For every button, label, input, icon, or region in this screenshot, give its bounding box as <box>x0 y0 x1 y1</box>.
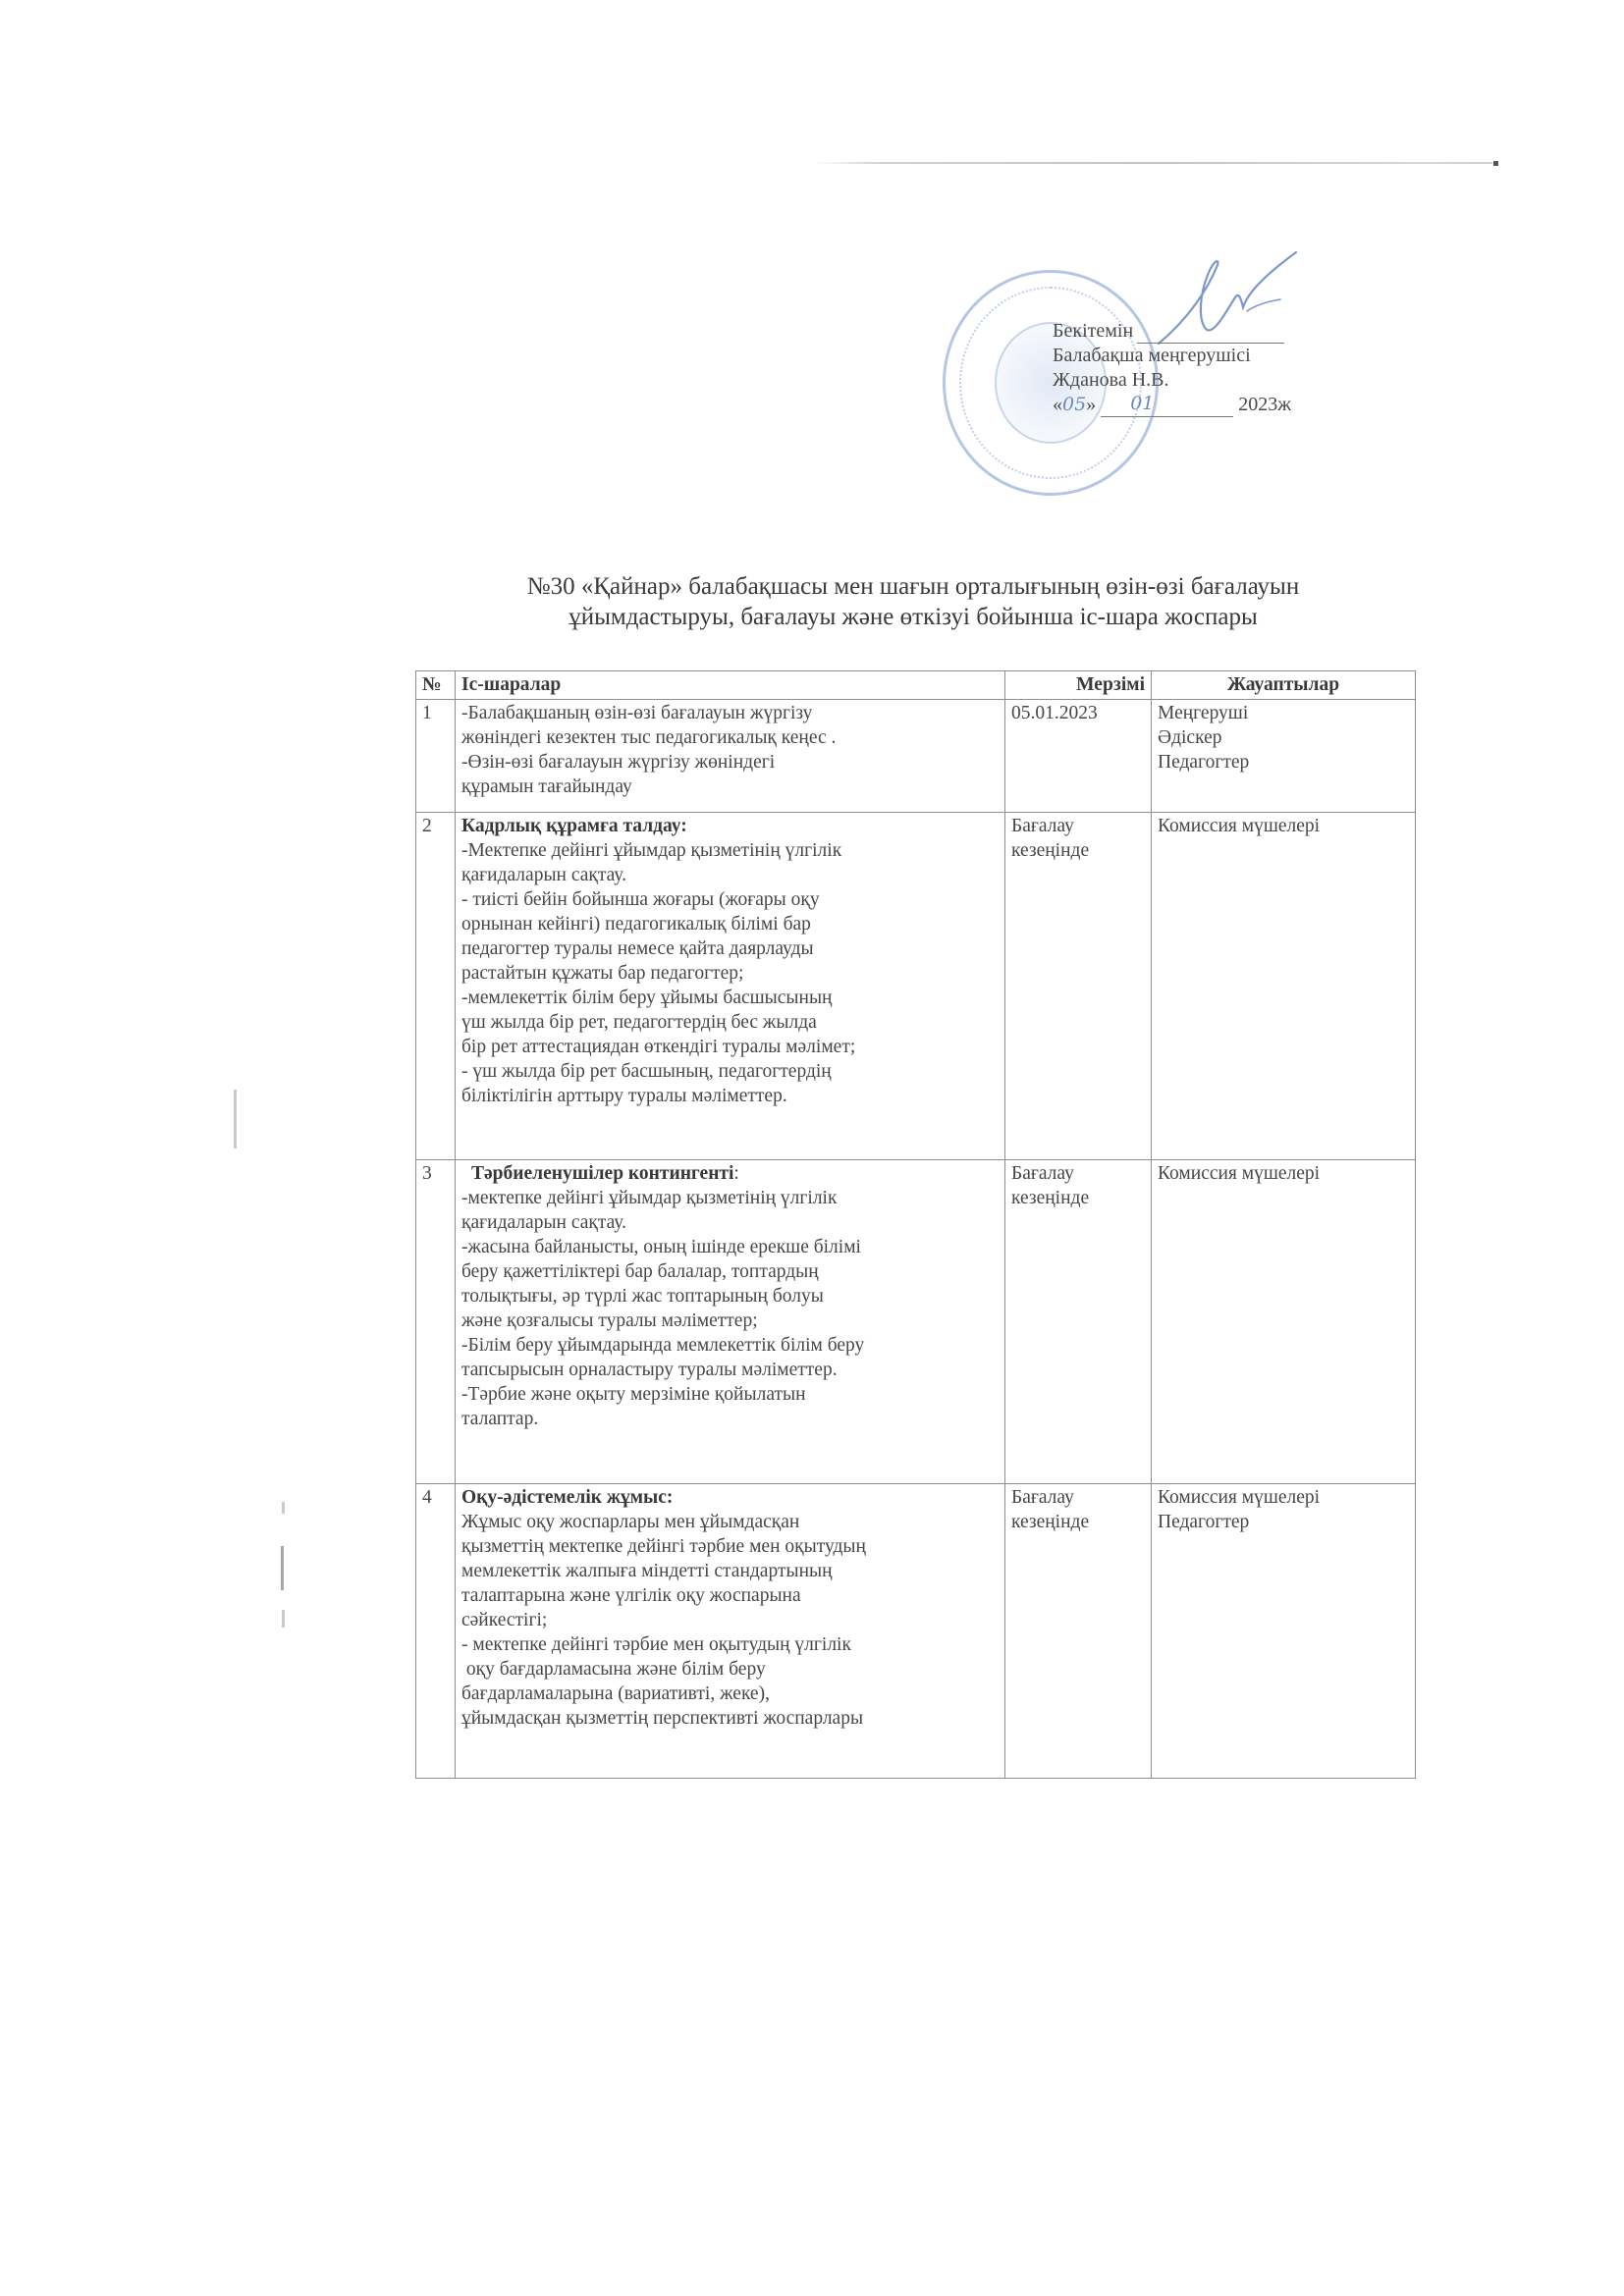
event-line: бір рет аттестациядан өткендігі туралы м… <box>461 1035 999 1059</box>
responsible-line: Комиссия мүшелері <box>1158 1485 1409 1510</box>
row-term: Бағалау кезеңінде <box>1005 1160 1152 1484</box>
approval-date: «05» 01 2023ж <box>1053 393 1291 417</box>
title-line-2: ұйымдастыруы, бағалауы және өткізуі бойы… <box>412 602 1414 632</box>
event-line: растайтын құжаты бар педагогтер; <box>461 961 999 986</box>
scan-margin-mark <box>282 1610 285 1628</box>
date-year: 2023ж <box>1238 394 1291 415</box>
event-heading: Кадрлық құрамға талдау: <box>461 814 999 838</box>
scan-artifact-dot <box>1493 161 1498 166</box>
event-line: беру қажеттіліктері бар балалар, топтард… <box>461 1259 999 1284</box>
table-row: 4 Оқу-әдістемелік жұмыс: Жұмыс оқу жоспа… <box>416 1484 1416 1779</box>
scan-margin-mark <box>234 1090 237 1148</box>
responsible-line: Комиссия мүшелері <box>1158 1161 1409 1186</box>
term-line: кезеңінде <box>1011 1186 1145 1210</box>
row-responsible: Меңгеруші Әдіскер Педагогтер <box>1152 700 1416 813</box>
term-line: Бағалау <box>1011 1161 1145 1186</box>
row-term: Бағалау кезеңінде <box>1005 813 1152 1160</box>
event-line: қағидаларын сақтау. <box>461 863 999 887</box>
event-line: талаптарына және үлгілік оқу жоспарына <box>461 1583 999 1608</box>
event-line: -Білім беру ұйымдарында мемлекеттік білі… <box>461 1333 999 1358</box>
event-plan-table: № Іс-шаралар Мерзімі Жауаптылар 1 -Балаб… <box>415 670 1416 1779</box>
table-row: 1 -Балабақшаның өзін-өзі бағалауын жүргі… <box>416 700 1416 813</box>
approval-heading: Бекітемін <box>1053 320 1133 342</box>
date-quote-open: « <box>1053 394 1062 415</box>
header-term: Мерзімі <box>1005 671 1152 700</box>
row-events: Тәрбиеленушілер контингенті: -мектепке д… <box>456 1160 1005 1484</box>
table-header-row: № Іс-шаралар Мерзімі Жауаптылар <box>416 671 1416 700</box>
event-line: үш жылда бір рет, педагогтердің бес жылд… <box>461 1010 999 1035</box>
event-line: -Балабақшаның өзін-өзі бағалауын жүргізу <box>461 701 999 725</box>
event-line: -Тәрбие және оқыту мерзіміне қойылатын <box>461 1382 999 1407</box>
row-responsible: Комиссия мүшелері <box>1152 813 1416 1160</box>
term-line: Бағалау <box>1011 1485 1145 1510</box>
event-line: - тиісті бейін бойынша жоғары (жоғары оқ… <box>461 887 999 912</box>
event-heading-suffix: : <box>733 1163 738 1184</box>
event-line: Жұмыс оқу жоспарлары мен ұйымдасқан <box>461 1510 999 1534</box>
row-events: -Балабақшаның өзін-өзі бағалауын жүргізу… <box>456 700 1005 813</box>
event-line: мемлекеттік жалпыға міндетті стандартыны… <box>461 1559 999 1583</box>
event-line: ұйымдасқан қызметтің перспективті жоспар… <box>461 1706 999 1731</box>
date-month: 01 <box>1130 392 1154 416</box>
row-number: 3 <box>416 1160 456 1484</box>
term-line: кезеңінде <box>1011 1510 1145 1534</box>
event-line: толықтығы, әр түрлі жас топтарының болуы <box>461 1284 999 1308</box>
event-line: біліктілігін арттыру туралы мәліметтер. <box>461 1084 999 1108</box>
event-line: - үш жылда бір рет басшының, педагогтерд… <box>461 1059 999 1084</box>
event-line: жөніндегі кезектен тыс педагогикалық кең… <box>461 725 999 750</box>
approval-name: Жданова Н.В. <box>1053 368 1291 393</box>
responsible-line: Педагогтер <box>1158 750 1409 774</box>
date-month-line: 01 <box>1101 399 1233 417</box>
responsible-line: Комиссия мүшелері <box>1158 814 1409 838</box>
event-line: оқу бағдарламасына және білім беру <box>461 1657 999 1682</box>
responsible-line: Меңгеруші <box>1158 701 1409 725</box>
scan-margin-mark <box>281 1546 284 1590</box>
scan-artifact-line <box>815 162 1492 164</box>
row-events: Кадрлық құрамға талдау: -Мектепке дейінг… <box>456 813 1005 1160</box>
scan-margin-mark <box>282 1502 285 1514</box>
table-row: 2 Кадрлық құрамға талдау: -Мектепке дейі… <box>416 813 1416 1160</box>
table-row: 3 Тәрбиеленушілер контингенті: -мектепке… <box>416 1160 1416 1484</box>
row-term: 05.01.2023 <box>1005 700 1152 813</box>
event-line: -мемлекеттік білім беру ұйымы басшысының <box>461 986 999 1010</box>
responsible-line: Әдіскер <box>1158 725 1409 750</box>
event-line: орнынан кейінгі) педагогикалық білімі ба… <box>461 912 999 936</box>
row-number: 2 <box>416 813 456 1160</box>
event-line: - мектепке дейінгі тәрбие мен оқытудың ү… <box>461 1632 999 1657</box>
event-line: талаптар. <box>461 1407 999 1431</box>
event-line: -мектепке дейінгі ұйымдар қызметінің үлг… <box>461 1186 999 1210</box>
row-term: Бағалау кезеңінде <box>1005 1484 1152 1779</box>
row-number: 1 <box>416 700 456 813</box>
event-line: қағидаларын сақтау. <box>461 1210 999 1235</box>
event-line: құрамын тағайындау <box>461 774 999 799</box>
event-heading: Тәрбиеленушілер контингенті: <box>461 1161 999 1186</box>
event-line: -Мектепке дейінгі ұйымдар қызметінің үлг… <box>461 838 999 863</box>
row-events: Оқу-әдістемелік жұмыс: Жұмыс оқу жоспарл… <box>456 1484 1005 1779</box>
event-line: сәйкестігі; <box>461 1608 999 1632</box>
event-line: -Өзін-өзі бағалауын жүргізу жөніндегі <box>461 750 999 774</box>
row-responsible: Комиссия мүшелері Педагогтер <box>1152 1484 1416 1779</box>
document-title: №30 «Қайнар» балабақшасы мен шағын ортал… <box>412 571 1414 632</box>
event-line: қызметтің мектепке дейінгі тәрбие мен оқ… <box>461 1534 999 1559</box>
header-responsible: Жауаптылар <box>1152 671 1416 700</box>
event-line: бағдарламаларына (вариативті, жеке), <box>461 1682 999 1706</box>
responsible-line: Педагогтер <box>1158 1510 1409 1534</box>
row-responsible: Комиссия мүшелері <box>1152 1160 1416 1484</box>
term-line: Бағалау <box>1011 814 1145 838</box>
date-day: 05 <box>1062 394 1086 415</box>
header-events: Іс-шаралар <box>456 671 1005 700</box>
event-line: педагогтер туралы немесе қайта даярлауды <box>461 936 999 961</box>
signature-line <box>1137 325 1284 344</box>
title-line-1: №30 «Қайнар» балабақшасы мен шағын ортал… <box>412 571 1414 602</box>
term-line: 05.01.2023 <box>1011 701 1145 725</box>
event-line: тапсырысын орналастыру туралы мәліметтер… <box>461 1358 999 1382</box>
row-number: 4 <box>416 1484 456 1779</box>
event-line: және қозғалысы туралы мәліметтер; <box>461 1308 999 1333</box>
approval-block: Бекітемін Балабақша меңгерушісі Жданова … <box>923 245 1355 510</box>
approval-position: Балабақша меңгерушісі <box>1053 344 1291 368</box>
event-heading: Оқу-әдістемелік жұмыс: <box>461 1485 999 1510</box>
event-line: -жасына байланысты, оның ішінде ерекше б… <box>461 1235 999 1259</box>
term-line: кезеңінде <box>1011 838 1145 863</box>
header-num: № <box>416 671 456 700</box>
approval-text: Бекітемін Балабақша меңгерушісі Жданова … <box>1053 319 1291 417</box>
date-quote-close: » <box>1086 394 1096 415</box>
event-heading-text: Тәрбиеленушілер контингенті <box>471 1163 733 1184</box>
